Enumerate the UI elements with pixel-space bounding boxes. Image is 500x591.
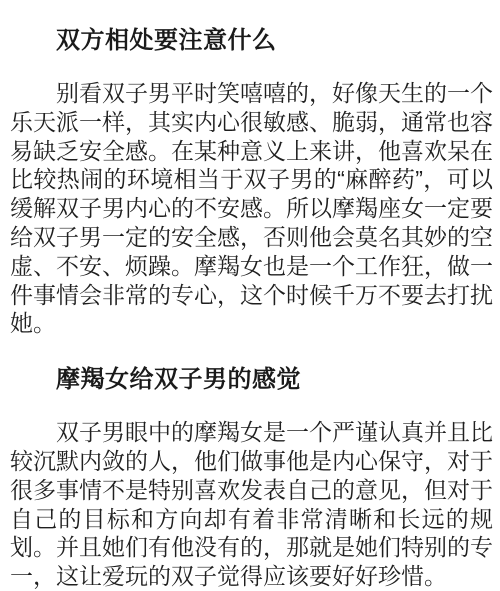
section-heading-capricorn-impression: 摩羯女给双子男的感觉 (56, 365, 493, 395)
section-capricorn-impression: 摩羯女给双子男的感觉 双子男眼中的摩羯女是一个严谨认真并且比较沉默内敛的人，他们… (10, 365, 493, 591)
section-heading-interaction-notes: 双方相处要注意什么 (56, 26, 493, 56)
article-page: 双方相处要注意什么 别看双子男平时笑嘻嘻的，好像天生的一个乐天派一样，其实内心很… (0, 0, 500, 591)
section-paragraph-capricorn-impression: 双子男眼中的摩羯女是一个严谨认真并且比较沉默内敛的人，他们做事他是内心保守，对于… (10, 418, 493, 591)
section-paragraph-interaction-notes: 别看双子男平时笑嘻嘻的，好像天生的一个乐天派一样，其实内心很敏感、脆弱，通常也容… (10, 79, 493, 338)
section-interaction-notes: 双方相处要注意什么 别看双子男平时笑嘻嘻的，好像天生的一个乐天派一样，其实内心很… (10, 26, 493, 338)
